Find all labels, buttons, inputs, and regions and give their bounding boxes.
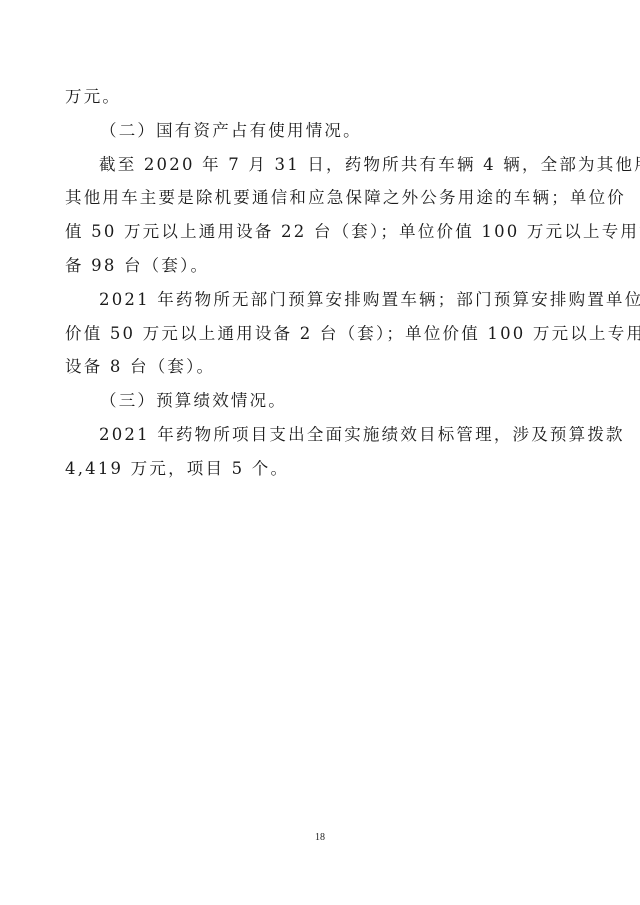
paragraph-2021-purchase-line-2: 价值 50 万元以上通用设备 2 台（套）；单位价值 100 万元以上专用 <box>65 322 577 346</box>
paragraph-2021-purchase-line-3: 设备 8 台（套）。 <box>65 355 577 379</box>
document-page: 万元。 （二）国有资产占有使用情况。 截至 2020 年 7 月 31 日，药物… <box>0 0 640 905</box>
section-heading-budget-performance: （三）预算绩效情况。 <box>100 389 500 413</box>
paragraph-vehicles-line-3: 值 50 万元以上通用设备 22 台（套）；单位价值 100 万元以上专用设 <box>65 220 577 244</box>
paragraph-vehicles-line-2: 其他用车主要是除机要通信和应急保障之外公务用途的车辆；单位价 <box>65 186 577 210</box>
page-number: 18 <box>300 832 340 843</box>
paragraph-performance-line-2: 4,419 万元，项目 5 个。 <box>65 457 577 481</box>
paragraph-line-continuation: 万元。 <box>65 85 577 109</box>
paragraph-2021-purchase-line-1: 2021 年药物所无部门预算安排购置车辆；部门预算安排购置单位 <box>99 288 577 312</box>
paragraph-vehicles-line-1: 截至 2020 年 7 月 31 日，药物所共有车辆 4 辆，全部为其他用车， <box>99 153 577 177</box>
paragraph-performance-line-1: 2021 年药物所项目支出全面实施绩效目标管理，涉及预算拨款 <box>99 423 577 447</box>
paragraph-vehicles-line-4: 备 98 台（套）。 <box>65 254 577 278</box>
section-heading-state-assets: （二）国有资产占有使用情况。 <box>100 119 500 143</box>
